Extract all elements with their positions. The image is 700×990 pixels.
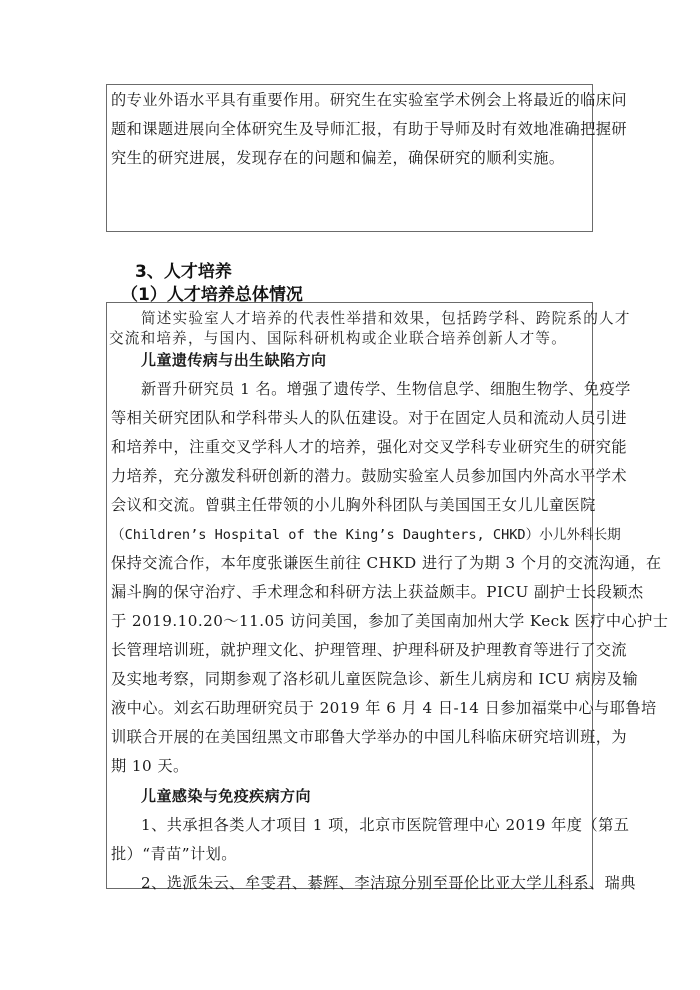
text-line: 会议和交流。曾骐主任带领的小儿胸外科团队与美国国王女儿儿童医院 <box>111 494 596 515</box>
text-line: 2、选派朱云、牟雯君、綦辉、李洁琼分别至哥伦比亚大学儿科系、瑞典 <box>141 872 636 893</box>
text-line: 期 10 天。 <box>111 755 189 776</box>
text-line: 等相关研究团队和学科带头人的队伍建设。对于在固定人员和流动人员引进 <box>111 407 627 428</box>
text-line: 液中心。刘玄石助理研究员于 2019 年 6 月 4 日-14 日参加福棠中心与… <box>111 697 657 718</box>
text-line: 究生的研究进展，发现存在的问题和偏差，确保研究的顺利实施。 <box>111 147 565 168</box>
text-line: 力培养，充分激发科研创新的潜力。鼓励实验室人员参加国内外高水平学术 <box>111 465 627 486</box>
text-line: 批）“青苗”计划。 <box>111 843 237 864</box>
text-line: 于 2019.10.20～11.05 访问美国，参加了美国南加州大学 Keck … <box>111 610 668 631</box>
text-line: （Children’s Hospital of the King’s Daugh… <box>111 523 621 543</box>
instruction-line: 交流和培养，与国内、国际科研机构或企业联合培养创新人才等。 <box>109 327 567 348</box>
text-line: 的专业外语水平具有重要作用。研究生在实验室学术例会上将最近的临床问 <box>111 89 627 110</box>
subsection-heading: 儿童感染与免疫疾病方向 <box>141 785 311 806</box>
text-line: 保持交流合作，本年度张谦医生前往 CHKD 进行了为期 3 个月的交流沟通，在 <box>111 552 662 573</box>
text-line: 及实地考察，同期参观了洛杉矶儿童医院急诊、新生儿病房和 ICU 病房及输 <box>111 668 638 689</box>
text-line: 新晋升研究员 1 名。增强了遗传学、生物信息学、细胞生物学、免疫学 <box>141 378 631 399</box>
section-title: 3、人才培养 <box>135 257 232 282</box>
talent-training-box: 简述实验室人才培养的代表性举措和效果，包括跨学科、跨院系的人才 交流和培养，与国… <box>106 302 593 889</box>
text-line: 题和课题进展向全体研究生及导师汇报，有助于导师及时有效地准确把握研 <box>111 118 627 139</box>
text-line: 和培养中，注重交叉学科人才的培养，强化对交叉学科专业研究生的研究能 <box>111 436 627 457</box>
text-line: 1、共承担各类人才项目 1 项，北京市医院管理中心 2019 年度（第五 <box>141 814 629 835</box>
continued-text-box: 的专业外语水平具有重要作用。研究生在实验室学术例会上将最近的临床问 题和课题进展… <box>106 84 593 232</box>
text-line: 训联合开展的在美国纽黑文市耶鲁大学举办的中国儿科临床研究培训班，为 <box>111 726 627 747</box>
text-line: 漏斗胸的保守治疗、手术理念和科研方法上获益颇丰。PICU 副护士长段颖杰 <box>111 581 643 602</box>
text-line: 长管理培训班，就护理文化、护理管理、护理科研及护理教育等进行了交流 <box>111 639 627 660</box>
instruction-line: 简述实验室人才培养的代表性举措和效果，包括跨学科、跨院系的人才 <box>141 307 631 328</box>
subsection-heading: 儿童遗传病与出生缺陷方向 <box>141 349 326 370</box>
